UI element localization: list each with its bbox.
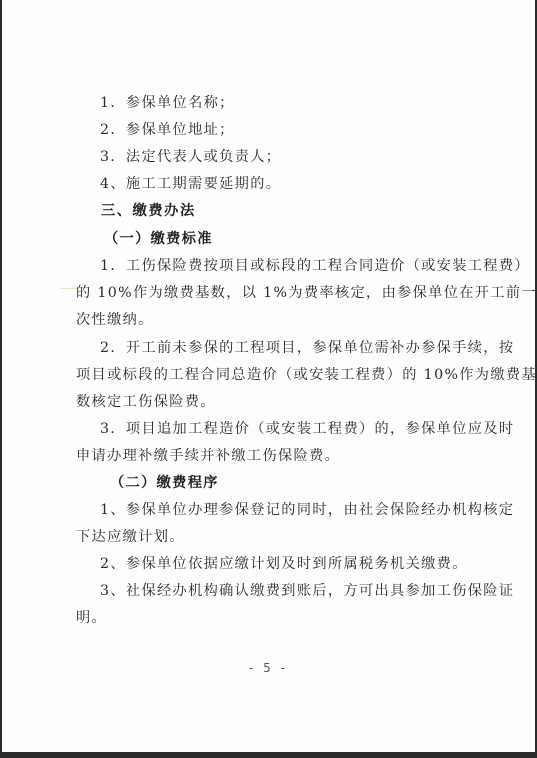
paragraph-procedure-1-line-1: 1、参保单位办理参保登记的同时，由社会保险经办机构核定 [100,501,496,519]
subsection-heading-payment-standard: （一）缴费标准 [104,230,500,248]
page-number: - 5 - [2,661,535,675]
paragraph-procedure-3-line-2: 明。 [76,609,472,627]
list-item-unit-address: 2．参保单位地址； [100,121,496,139]
paragraph-standard-3-line-1: 3．项目追加工程造价（或安装工程费）的，参保单位应及时 [100,420,496,438]
document-viewer: 1．参保单位名称； 2．参保单位地址； 3．法定代表人或负责人； 4、施工工期需… [0,0,537,758]
section-heading-payment-method: 三、缴费办法 [101,202,497,220]
document-page: 1．参保单位名称； 2．参保单位地址； 3．法定代表人或负责人； 4、施工工期需… [2,0,535,752]
paragraph-standard-2-line-2: 项目或标段的工程合同总造价（或安装工程费）的 10%作为缴费基 [76,366,472,384]
paragraph-standard-1-line-2: 的 10%作为缴费基数，以 1%为费率核定，由参保单位在开工前一 [76,284,472,302]
paragraph-standard-2-line-3: 数核定工伤保险费。 [76,393,472,411]
subsection-heading-payment-procedure: （二）缴费程序 [110,474,506,492]
paragraph-standard-3-line-2: 申请办理补缴手续并补缴工伤保险费。 [76,447,472,465]
paragraph-procedure-2-line-1: 2、参保单位依据应缴计划及时到所属税务机关缴费。 [100,555,496,573]
list-item-legal-representative: 3．法定代表人或负责人； [100,148,496,166]
paragraph-procedure-3-line-1: 3、社保经办机构确认缴费到账后，方可出具参加工伤保险证 [100,582,496,600]
paragraph-procedure-1-line-2: 下达应缴计划。 [76,528,472,546]
paragraph-standard-1-line-1: 1．工伤保险费按项目或标段的工程合同造价（或安装工程费） [100,257,496,275]
paragraph-standard-1-line-3: 次性缴纳。 [76,311,472,329]
list-item-construction-extension: 4、施工工期需要延期的。 [100,175,496,193]
paragraph-standard-2-line-1: 2．开工前未参保的工程项目，参保单位需补办参保手续，按 [100,339,496,357]
list-item-unit-name: 1．参保单位名称； [100,94,496,112]
